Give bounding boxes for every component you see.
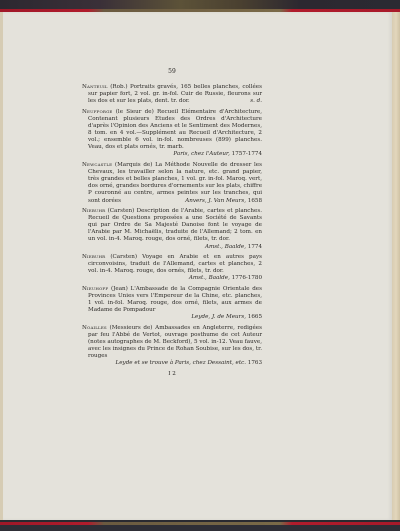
- catalogue-entry-newcastle: Newcastle (Marquis de) La Méthode Nouvel…: [82, 162, 262, 205]
- imprint-date: 1774: [246, 244, 262, 250]
- entry-imprint: Anvers, J. Van Meurs, 1658: [191, 198, 262, 205]
- catalogue-text: 59 Nanteuil (Rob.) Portraits gravés, 165…: [82, 68, 262, 378]
- book-page: 59 Nanteuil (Rob.) Portraits gravés, 165…: [3, 12, 392, 520]
- entry-description: (Carsten) Voyage en Arabie et en autres …: [88, 254, 262, 274]
- entry-author: Nieuhoff: [82, 286, 108, 292]
- book-cover-bottom: [0, 525, 400, 531]
- imprint-date: 1658: [246, 198, 262, 204]
- entry-author: Nanteuil: [82, 84, 108, 90]
- imprint-date: 1776-1780: [230, 275, 262, 281]
- entry-author: Niebuhr: [82, 208, 105, 214]
- entry-description: (le Sieur de) Recueil Elémentaire d'Arch…: [88, 109, 262, 150]
- entry-imprint: Leyde et se trouve à Paris, chez Dessain…: [88, 360, 262, 367]
- imprint-date: 1757-1774: [230, 151, 262, 157]
- imprint-date: 1665: [246, 314, 262, 320]
- catalogue-entry-nieuhoff: Nieuhoff (Jean) L'Ambassade de la Compag…: [82, 286, 262, 321]
- entry-description: (Rob.) Portraits gravés, 165 belles plan…: [88, 84, 262, 104]
- page-edge-right: [392, 12, 400, 520]
- imprint-place: Amst., Baalde,: [205, 244, 246, 250]
- entry-author: Neufforge: [82, 109, 113, 115]
- catalogue-entry-neufforge: Neufforge (le Sieur de) Recueil Elémenta…: [82, 109, 262, 159]
- catalogue-entry-niebuhr-voyage: Niebuhr (Carsten) Voyage en Arabie et en…: [82, 254, 262, 282]
- entry-author: Niebuhr: [82, 254, 105, 260]
- imprint-date: 1763: [246, 360, 262, 366]
- catalogue-entry-nanteuil: Nanteuil (Rob.) Portraits gravés, 165 be…: [82, 84, 262, 105]
- imprint-place: Anvers, J. Van Meurs,: [185, 198, 246, 204]
- page-number: 59: [82, 68, 262, 75]
- entry-description: (Carsten) Description de l'Arabie, carte…: [88, 208, 262, 242]
- entry-imprint: Amst., Baalde, 1774: [88, 244, 262, 251]
- imprint-place: Paris, chez l'Auteur,: [173, 151, 229, 157]
- imprint-place: Leyde, J. de Meurs,: [191, 314, 246, 320]
- signature-mark: I 2: [82, 371, 262, 378]
- entry-description: (Jean) L'Ambassade de la Compagnie Orien…: [88, 286, 262, 313]
- entry-imprint: Paris, chez l'Auteur, 1757-1774: [88, 151, 262, 158]
- imprint-place: Leyde et se trouve à Paris, chez Dessain…: [116, 360, 246, 366]
- entry-author: Noailles: [82, 325, 107, 331]
- catalogue-entry-noailles: Noailles (Messieurs de) Ambassades en An…: [82, 325, 262, 368]
- entry-author: Newcastle: [82, 162, 112, 168]
- imprint-place: Amst., Baalde,: [189, 275, 230, 281]
- entry-date: s. d.: [256, 98, 262, 105]
- entry-imprint: Leyde, J. de Meurs, 1665: [88, 314, 262, 321]
- entry-description: (Messieurs de) Ambassades en Angleterre,…: [88, 325, 262, 359]
- entry-imprint: Amst., Baalde, 1776-1780: [88, 275, 262, 282]
- catalogue-entry-niebuhr-description: Niebuhr (Carsten) Description de l'Arabi…: [82, 208, 262, 251]
- entry-description: (Marquis de) La Méthode Nouvelle de dres…: [88, 162, 262, 203]
